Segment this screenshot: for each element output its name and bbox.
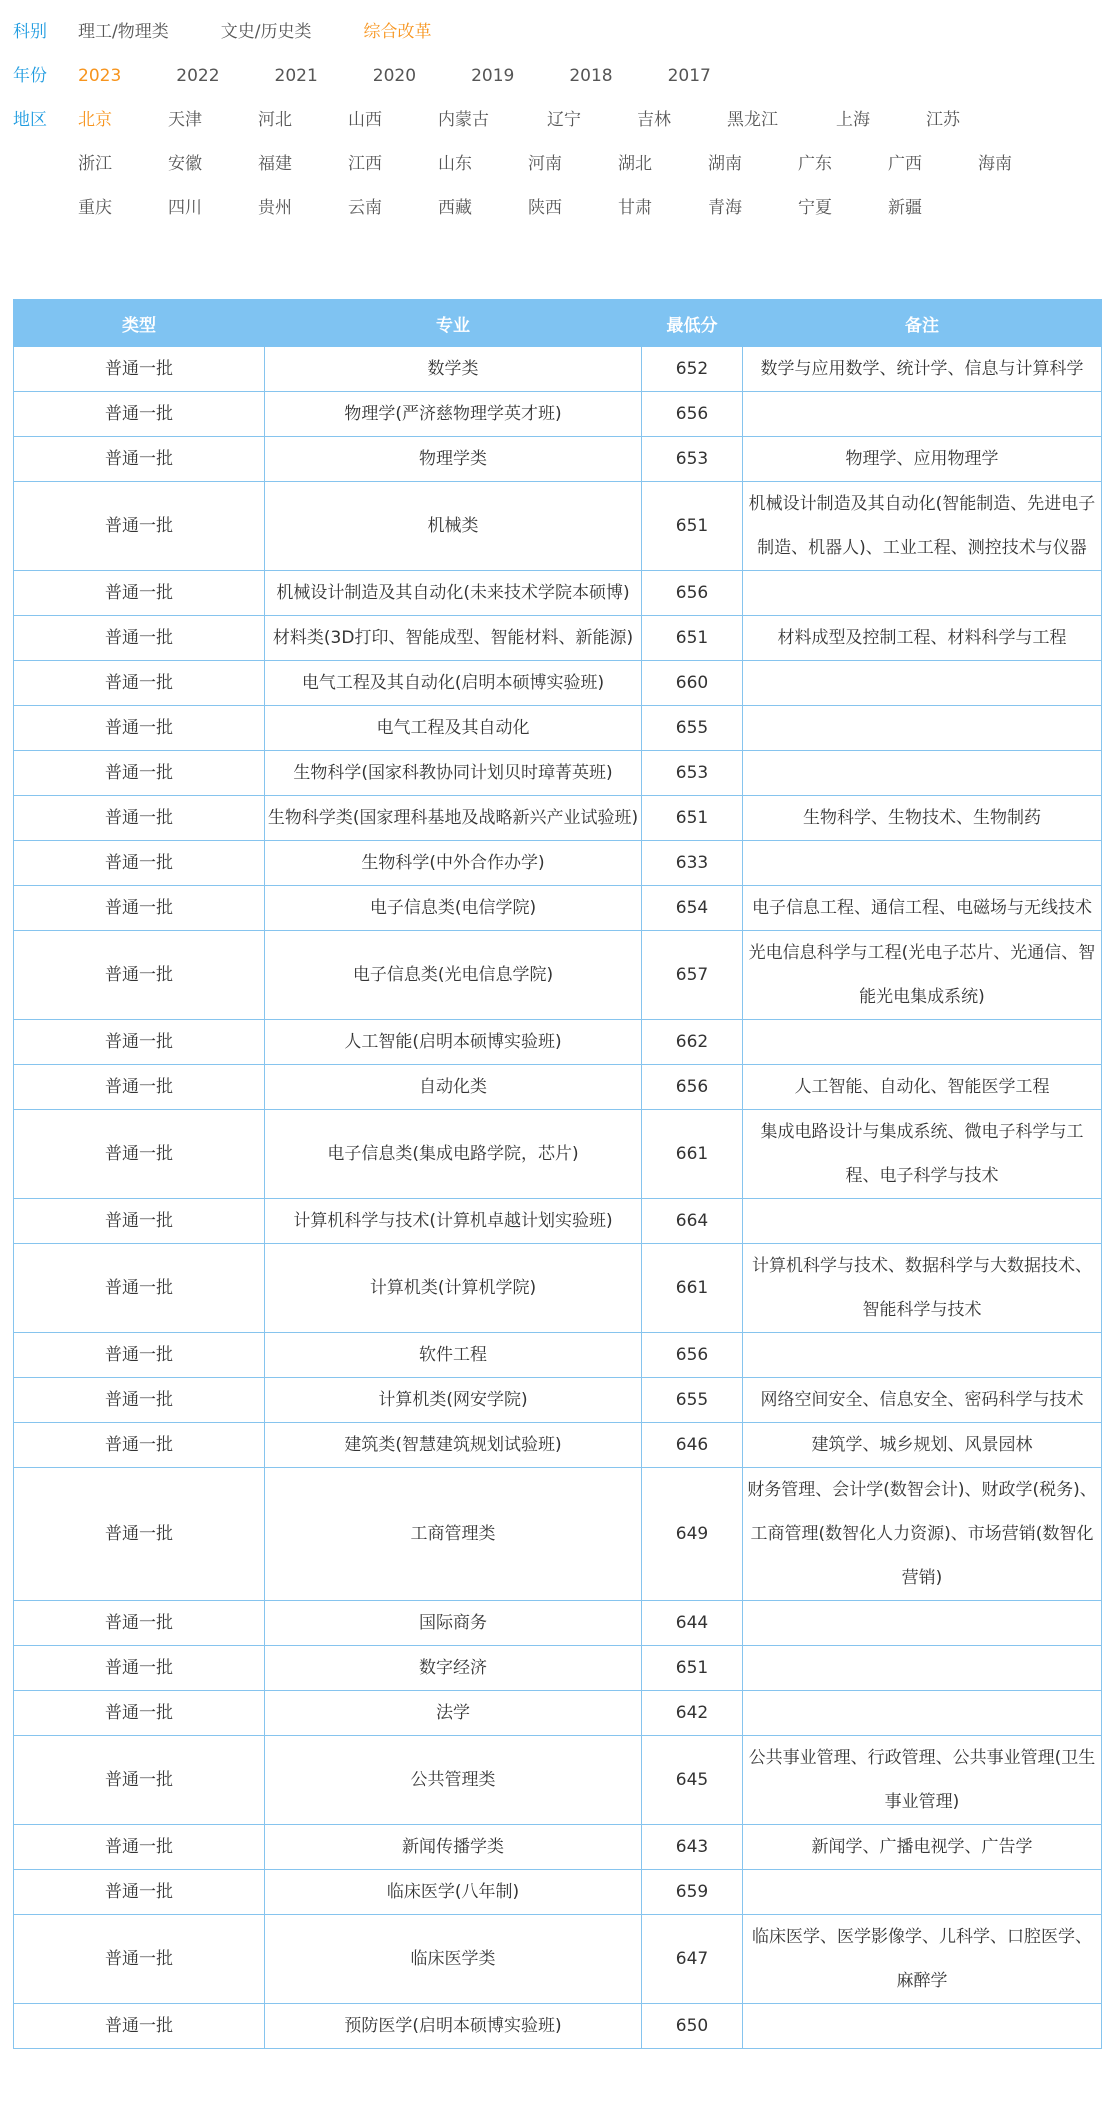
cell-type: 普通一批 <box>14 1601 265 1646</box>
cell-notes <box>743 571 1102 616</box>
table-row: 普通一批计算机科学与技术(计算机卓越计划实验班)664 <box>14 1199 1102 1244</box>
cell-notes <box>743 706 1102 751</box>
cell-major: 数学类 <box>265 347 642 392</box>
cell-type: 普通一批 <box>14 1110 265 1199</box>
region-option[interactable]: 天津 <box>168 98 204 142</box>
subject-options: 理工/物理类 文史/历史类 综合改革 <box>78 10 1088 54</box>
cell-min-score: 647 <box>642 1915 743 2004</box>
region-option[interactable]: 甘肃 <box>618 186 654 230</box>
cell-min-score: 664 <box>642 1199 743 1244</box>
cell-notes: 光电信息科学与工程(光电子芯片、光通信、智能光电集成系统) <box>743 931 1102 1020</box>
cell-min-score: 633 <box>642 841 743 886</box>
cell-notes <box>743 1691 1102 1736</box>
region-option[interactable]: 广东 <box>798 142 834 186</box>
cell-type: 普通一批 <box>14 1915 265 2004</box>
year-option-2017[interactable]: 2017 <box>668 54 711 98</box>
cell-type: 普通一批 <box>14 1870 265 1915</box>
cell-notes <box>743 841 1102 886</box>
region-option[interactable]: 福建 <box>258 142 294 186</box>
cell-min-score: 660 <box>642 661 743 706</box>
cell-notes: 新闻学、广播电视学、广告学 <box>743 1825 1102 1870</box>
cell-notes: 物理学、应用物理学 <box>743 437 1102 482</box>
cell-major: 自动化类 <box>265 1065 642 1110</box>
subject-option-physics[interactable]: 理工/物理类 <box>78 10 169 54</box>
cell-major: 国际商务 <box>265 1601 642 1646</box>
cell-notes: 数学与应用数学、统计学、信息与计算科学 <box>743 347 1102 392</box>
table-row: 普通一批生物科学(中外合作办学)633 <box>14 841 1102 886</box>
cell-major: 电子信息类(电信学院) <box>265 886 642 931</box>
subject-filter-label: 科别 <box>13 10 78 54</box>
cell-min-score: 642 <box>642 1691 743 1736</box>
cell-major: 人工智能(启明本硕博实验班) <box>265 1020 642 1065</box>
subject-option-comprehensive[interactable]: 综合改革 <box>363 10 431 54</box>
region-option[interactable]: 陕西 <box>528 186 564 230</box>
cell-min-score: 655 <box>642 706 743 751</box>
cell-notes <box>743 1601 1102 1646</box>
cell-notes <box>743 1020 1102 1065</box>
cell-type: 普通一批 <box>14 931 265 1020</box>
table-row: 普通一批物理学类653物理学、应用物理学 <box>14 437 1102 482</box>
cell-type: 普通一批 <box>14 1065 265 1110</box>
table-row: 普通一批电气工程及其自动化655 <box>14 706 1102 751</box>
region-filter-row: 地区 北京天津河北山西内蒙古辽宁吉林黑龙江上海江苏浙江安徽福建江西山东河南湖北湖… <box>13 98 1103 230</box>
cell-notes <box>743 751 1102 796</box>
cell-notes: 人工智能、自动化、智能医学工程 <box>743 1065 1102 1110</box>
subject-filter-row: 科别 理工/物理类 文史/历史类 综合改革 <box>13 10 1103 54</box>
table-row: 普通一批材料类(3D打印、智能成型、智能材料、新能源)651材料成型及控制工程、… <box>14 616 1102 661</box>
region-option[interactable]: 内蒙古 <box>438 98 492 142</box>
cell-notes: 计算机科学与技术、数据科学与大数据技术、智能科学与技术 <box>743 1244 1102 1333</box>
cell-major: 数字经济 <box>265 1646 642 1691</box>
cell-major: 物理学(严济慈物理学英才班) <box>265 392 642 437</box>
cell-min-score: 652 <box>642 347 743 392</box>
cell-type: 普通一批 <box>14 1646 265 1691</box>
subject-option-history[interactable]: 文史/历史类 <box>221 10 312 54</box>
year-filter-row: 年份 2023 2022 2021 2020 2019 2018 2017 <box>13 54 1103 98</box>
cell-min-score: 657 <box>642 931 743 1020</box>
table-header-row: 类型 专业 最低分 备注 <box>14 300 1102 347</box>
region-option[interactable]: 江西 <box>348 142 384 186</box>
table-row: 普通一批工商管理类649财务管理、会计学(数智会计)、财政学(税务)、工商管理(… <box>14 1468 1102 1601</box>
cell-min-score: 651 <box>642 482 743 571</box>
region-option[interactable]: 上海 <box>836 98 872 142</box>
cell-min-score: 643 <box>642 1825 743 1870</box>
header-major: 专业 <box>265 300 642 347</box>
cell-min-score: 649 <box>642 1468 743 1601</box>
region-option[interactable]: 河南 <box>528 142 564 186</box>
table-row: 普通一批数字经济651 <box>14 1646 1102 1691</box>
table-row: 普通一批公共管理类645公共事业管理、行政管理、公共事业管理(卫生事业管理) <box>14 1736 1102 1825</box>
region-option[interactable]: 西藏 <box>438 186 474 230</box>
cell-major: 计算机类(网安学院) <box>265 1378 642 1423</box>
table-row: 普通一批物理学(严济慈物理学英才班)656 <box>14 392 1102 437</box>
cell-notes <box>743 1199 1102 1244</box>
cell-major: 生物科学(国家科教协同计划贝时璋菁英班) <box>265 751 642 796</box>
table-row: 普通一批临床医学类647临床医学、医学影像学、儿科学、口腔医学、麻醉学 <box>14 1915 1102 2004</box>
score-table: 类型 专业 最低分 备注 普通一批数学类652数学与应用数学、统计学、信息与计算… <box>13 299 1102 2049</box>
table-row: 普通一批电子信息类(光电信息学院)657光电信息科学与工程(光电子芯片、光通信、… <box>14 931 1102 1020</box>
region-option[interactable]: 北京 <box>78 98 114 142</box>
cell-type: 普通一批 <box>14 841 265 886</box>
cell-type: 普通一批 <box>14 392 265 437</box>
cell-major: 建筑类(智慧建筑规划试验班) <box>265 1423 642 1468</box>
region-option[interactable]: 安徽 <box>168 142 204 186</box>
table-row: 普通一批机械设计制造及其自动化(未来技术学院本硕博)656 <box>14 571 1102 616</box>
cell-min-score: 654 <box>642 886 743 931</box>
region-option[interactable]: 江苏 <box>926 98 962 142</box>
table-row: 普通一批软件工程656 <box>14 1333 1102 1378</box>
region-option[interactable]: 山西 <box>348 98 384 142</box>
cell-major: 软件工程 <box>265 1333 642 1378</box>
header-min-score: 最低分 <box>642 300 743 347</box>
cell-major: 机械设计制造及其自动化(未来技术学院本硕博) <box>265 571 642 616</box>
cell-major: 法学 <box>265 1691 642 1736</box>
table-row: 普通一批临床医学(八年制)659 <box>14 1870 1102 1915</box>
year-option-2023[interactable]: 2023 <box>78 54 121 98</box>
cell-type: 普通一批 <box>14 661 265 706</box>
cell-major: 新闻传播学类 <box>265 1825 642 1870</box>
cell-type: 普通一批 <box>14 1736 265 1825</box>
cell-type: 普通一批 <box>14 706 265 751</box>
table-row: 普通一批建筑类(智慧建筑规划试验班)646建筑学、城乡规划、风景园林 <box>14 1423 1102 1468</box>
cell-type: 普通一批 <box>14 1244 265 1333</box>
cell-type: 普通一批 <box>14 796 265 841</box>
region-options: 北京天津河北山西内蒙古辽宁吉林黑龙江上海江苏浙江安徽福建江西山东河南湖北湖南广东… <box>78 98 1098 230</box>
cell-min-score: 656 <box>642 1065 743 1110</box>
cell-min-score: 646 <box>642 1423 743 1468</box>
cell-type: 普通一批 <box>14 482 265 571</box>
cell-major: 预防医学(启明本硕博实验班) <box>265 2004 642 2049</box>
region-option[interactable]: 吉林 <box>637 98 673 142</box>
region-option[interactable]: 重庆 <box>78 186 114 230</box>
cell-min-score: 661 <box>642 1244 743 1333</box>
cell-type: 普通一批 <box>14 1423 265 1468</box>
year-option-2020[interactable]: 2020 <box>373 54 416 98</box>
table-row: 普通一批机械类651机械设计制造及其自动化(智能制造、先进电子制造、机器人)、工… <box>14 482 1102 571</box>
cell-type: 普通一批 <box>14 571 265 616</box>
cell-major: 公共管理类 <box>265 1736 642 1825</box>
region-option[interactable]: 山东 <box>438 142 474 186</box>
cell-type: 普通一批 <box>14 886 265 931</box>
cell-major: 临床医学(八年制) <box>265 1870 642 1915</box>
header-type: 类型 <box>14 300 265 347</box>
cell-major: 电气工程及其自动化 <box>265 706 642 751</box>
cell-type: 普通一批 <box>14 1825 265 1870</box>
cell-major: 电气工程及其自动化(启明本硕博实验班) <box>265 661 642 706</box>
cell-type: 普通一批 <box>14 616 265 661</box>
region-option[interactable]: 广西 <box>888 142 924 186</box>
cell-min-score: 651 <box>642 796 743 841</box>
table-row: 普通一批新闻传播学类643新闻学、广播电视学、广告学 <box>14 1825 1102 1870</box>
cell-type: 普通一批 <box>14 437 265 482</box>
cell-min-score: 650 <box>642 2004 743 2049</box>
cell-type: 普通一批 <box>14 1199 265 1244</box>
region-option[interactable]: 海南 <box>978 142 1014 186</box>
cell-type: 普通一批 <box>14 347 265 392</box>
cell-notes <box>743 1870 1102 1915</box>
cell-major: 临床医学类 <box>265 1915 642 2004</box>
cell-notes <box>743 1333 1102 1378</box>
region-option[interactable]: 辽宁 <box>547 98 583 142</box>
cell-notes: 生物科学、生物技术、生物制药 <box>743 796 1102 841</box>
region-option[interactable]: 湖南 <box>708 142 744 186</box>
cell-min-score: 656 <box>642 571 743 616</box>
region-option[interactable]: 四川 <box>168 186 204 230</box>
region-option[interactable]: 新疆 <box>888 186 924 230</box>
table-row: 普通一批数学类652数学与应用数学、统计学、信息与计算科学 <box>14 347 1102 392</box>
filter-panel: 科别 理工/物理类 文史/历史类 综合改革 年份 2023 2022 2021 … <box>13 10 1103 230</box>
table-row: 普通一批电子信息类(电信学院)654电子信息工程、通信工程、电磁场与无线技术 <box>14 886 1102 931</box>
cell-type: 普通一批 <box>14 751 265 796</box>
cell-major: 生物科学类(国家理科基地及战略新兴产业试验班) <box>265 796 642 841</box>
cell-notes <box>743 392 1102 437</box>
cell-notes <box>743 1646 1102 1691</box>
year-filter-label: 年份 <box>13 54 78 98</box>
year-option-2022[interactable]: 2022 <box>176 54 219 98</box>
table-row: 普通一批生物科学(国家科教协同计划贝时璋菁英班)653 <box>14 751 1102 796</box>
cell-min-score: 662 <box>642 1020 743 1065</box>
cell-min-score: 651 <box>642 616 743 661</box>
cell-notes: 集成电路设计与集成系统、微电子科学与工程、电子科学与技术 <box>743 1110 1102 1199</box>
cell-notes: 机械设计制造及其自动化(智能制造、先进电子制造、机器人)、工业工程、测控技术与仪… <box>743 482 1102 571</box>
table-row: 普通一批预防医学(启明本硕博实验班)650 <box>14 2004 1102 2049</box>
table-row: 普通一批计算机类(计算机学院)661计算机科学与技术、数据科学与大数据技术、智能… <box>14 1244 1102 1333</box>
cell-major: 物理学类 <box>265 437 642 482</box>
cell-major: 计算机类(计算机学院) <box>265 1244 642 1333</box>
cell-min-score: 655 <box>642 1378 743 1423</box>
table-row: 普通一批电子信息类(集成电路学院，芯片)661集成电路设计与集成系统、微电子科学… <box>14 1110 1102 1199</box>
cell-notes: 公共事业管理、行政管理、公共事业管理(卫生事业管理) <box>743 1736 1102 1825</box>
cell-type: 普通一批 <box>14 1333 265 1378</box>
region-option[interactable]: 贵州 <box>258 186 294 230</box>
cell-notes: 电子信息工程、通信工程、电磁场与无线技术 <box>743 886 1102 931</box>
year-option-2019[interactable]: 2019 <box>471 54 514 98</box>
region-filter-label: 地区 <box>13 98 78 142</box>
cell-min-score: 644 <box>642 1601 743 1646</box>
cell-min-score: 656 <box>642 392 743 437</box>
cell-major: 工商管理类 <box>265 1468 642 1601</box>
table-row: 普通一批电气工程及其自动化(启明本硕博实验班)660 <box>14 661 1102 706</box>
cell-notes: 材料成型及控制工程、材料科学与工程 <box>743 616 1102 661</box>
region-option[interactable]: 青海 <box>708 186 744 230</box>
cell-major: 材料类(3D打印、智能成型、智能材料、新能源) <box>265 616 642 661</box>
region-option[interactable]: 宁夏 <box>798 186 834 230</box>
region-option[interactable]: 湖北 <box>618 142 654 186</box>
cell-type: 普通一批 <box>14 1468 265 1601</box>
table-row: 普通一批计算机类(网安学院)655网络空间安全、信息安全、密码科学与技术 <box>14 1378 1102 1423</box>
cell-notes: 建筑学、城乡规划、风景园林 <box>743 1423 1102 1468</box>
cell-major: 电子信息类(集成电路学院，芯片) <box>265 1110 642 1199</box>
region-option[interactable]: 河北 <box>258 98 294 142</box>
cell-min-score: 659 <box>642 1870 743 1915</box>
cell-min-score: 656 <box>642 1333 743 1378</box>
year-option-2021[interactable]: 2021 <box>275 54 318 98</box>
cell-min-score: 653 <box>642 751 743 796</box>
year-option-2018[interactable]: 2018 <box>569 54 612 98</box>
table-row: 普通一批生物科学类(国家理科基地及战略新兴产业试验班)651生物科学、生物技术、… <box>14 796 1102 841</box>
cell-major: 机械类 <box>265 482 642 571</box>
year-options: 2023 2022 2021 2020 2019 2018 2017 <box>78 54 1088 98</box>
cell-major: 计算机科学与技术(计算机卓越计划实验班) <box>265 1199 642 1244</box>
cell-major: 电子信息类(光电信息学院) <box>265 931 642 1020</box>
cell-major: 生物科学(中外合作办学) <box>265 841 642 886</box>
table-row: 普通一批国际商务644 <box>14 1601 1102 1646</box>
cell-notes: 网络空间安全、信息安全、密码科学与技术 <box>743 1378 1102 1423</box>
region-option[interactable]: 黑龙江 <box>727 98 781 142</box>
cell-min-score: 651 <box>642 1646 743 1691</box>
header-notes: 备注 <box>743 300 1102 347</box>
cell-notes <box>743 2004 1102 2049</box>
cell-notes: 财务管理、会计学(数智会计)、财政学(税务)、工商管理(数智化人力资源)、市场营… <box>743 1468 1102 1601</box>
region-option[interactable]: 云南 <box>348 186 384 230</box>
table-row: 普通一批人工智能(启明本硕博实验班)662 <box>14 1020 1102 1065</box>
table-row: 普通一批法学642 <box>14 1691 1102 1736</box>
region-option[interactable]: 浙江 <box>78 142 114 186</box>
cell-min-score: 661 <box>642 1110 743 1199</box>
table-row: 普通一批自动化类656人工智能、自动化、智能医学工程 <box>14 1065 1102 1110</box>
cell-type: 普通一批 <box>14 1020 265 1065</box>
cell-type: 普通一批 <box>14 1691 265 1736</box>
cell-min-score: 645 <box>642 1736 743 1825</box>
cell-notes <box>743 661 1102 706</box>
table-body: 普通一批数学类652数学与应用数学、统计学、信息与计算科学普通一批物理学(严济慈… <box>14 347 1102 2049</box>
cell-type: 普通一批 <box>14 1378 265 1423</box>
cell-min-score: 653 <box>642 437 743 482</box>
cell-notes: 临床医学、医学影像学、儿科学、口腔医学、麻醉学 <box>743 1915 1102 2004</box>
cell-type: 普通一批 <box>14 2004 265 2049</box>
